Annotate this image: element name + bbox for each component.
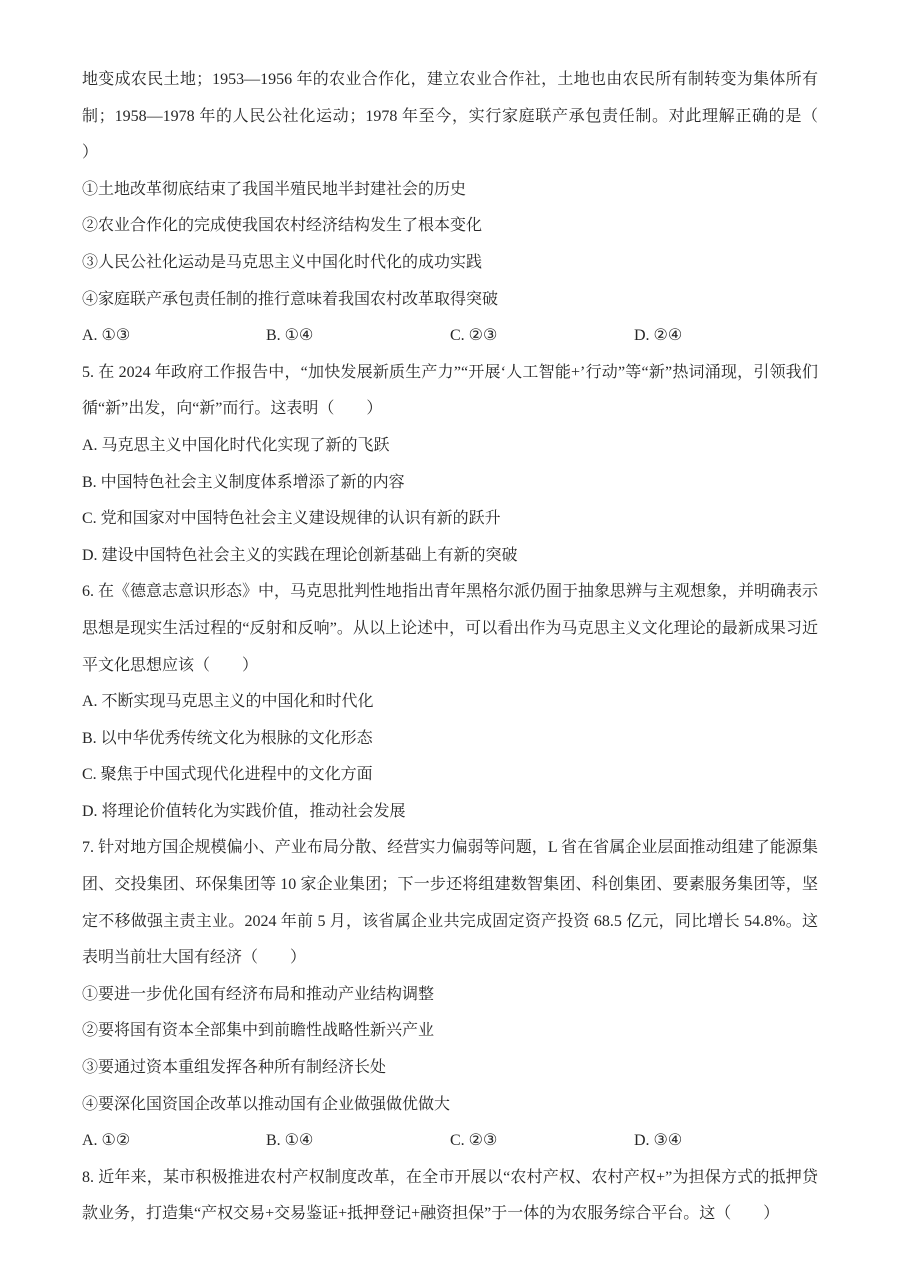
answer-choice-option: C. ②③	[450, 318, 634, 355]
question-text-line: C. 党和国家对中国特色社会主义建设规律的认识有新的跃升	[82, 501, 818, 538]
question-text-line: 8. 近年来，某市积极推进农村产权制度改革，在全市开展以“农村产权、农村产权+”…	[82, 1160, 818, 1233]
answer-choice-option: C. ②③	[450, 1123, 634, 1160]
question-text-line: ①要进一步优化国有经济布局和推动产业结构调整	[82, 977, 818, 1014]
question-text-line: B. 中国特色社会主义制度体系增添了新的内容	[82, 465, 818, 502]
answer-choice-row: A. ①②B. ①④C. ②③D. ③④	[82, 1123, 818, 1160]
answer-choice-option: A. ①③	[82, 318, 266, 355]
question-text-line: ②要将国有资本全部集中到前瞻性战略性新兴产业	[82, 1013, 818, 1050]
question-text-line: ④家庭联产承包责任制的推行意味着我国农村改革取得突破	[82, 282, 818, 319]
question-text-line: ③要通过资本重组发挥各种所有制经济长处	[82, 1050, 818, 1087]
answer-choice-option: B. ①④	[266, 318, 450, 355]
question-text-line: ②农业合作化的完成使我国农村经济结构发生了根本变化	[82, 208, 818, 245]
question-content-area: 地变成农民土地；1953—1956 年的农业合作化，建立农业合作社，土地也由农民…	[82, 62, 818, 1233]
answer-choice-option: D. ②④	[634, 318, 818, 355]
question-text-line: 7. 针对地方国企规模偏小、产业布局分散、经营实力偏弱等问题，L 省在省属企业层…	[82, 830, 818, 976]
question-text-line: C. 聚焦于中国式现代化进程中的文化方面	[82, 757, 818, 794]
question-text-line: D. 将理论价值转化为实践价值，推动社会发展	[82, 794, 818, 831]
question-text-line: 5. 在 2024 年政府工作报告中，“加快发展新质生产力”“开展‘人工智能+’…	[82, 355, 818, 428]
answer-choice-option: D. ③④	[634, 1123, 818, 1160]
exam-document-page: 地变成农民土地；1953—1956 年的农业合作化，建立农业合作社，土地也由农民…	[0, 0, 900, 1273]
question-text-line: ①土地改革彻底结束了我国半殖民地半封建社会的历史	[82, 172, 818, 209]
question-text-line: D. 建设中国特色社会主义的实践在理论创新基础上有新的突破	[82, 538, 818, 575]
question-text-line: 6. 在《德意志意识形态》中，马克思批判性地指出青年黑格尔派仍囿于抽象思辨与主观…	[82, 574, 818, 684]
question-text-line: A. 不断实现马克思主义的中国化和时代化	[82, 684, 818, 721]
question-text-line: 地变成农民土地；1953—1956 年的农业合作化，建立农业合作社，土地也由农民…	[82, 62, 818, 172]
answer-choice-row: A. ①③B. ①④C. ②③D. ②④	[82, 318, 818, 355]
question-text-line: ③人民公社化运动是马克思主义中国化时代化的成功实践	[82, 245, 818, 282]
answer-choice-option: A. ①②	[82, 1123, 266, 1160]
question-text-line: ④要深化国资国企改革以推动国有企业做强做优做大	[82, 1087, 818, 1124]
question-text-line: B. 以中华优秀传统文化为根脉的文化形态	[82, 721, 818, 758]
answer-choice-option: B. ①④	[266, 1123, 450, 1160]
question-text-line: A. 马克思主义中国化时代化实现了新的飞跃	[82, 428, 818, 465]
